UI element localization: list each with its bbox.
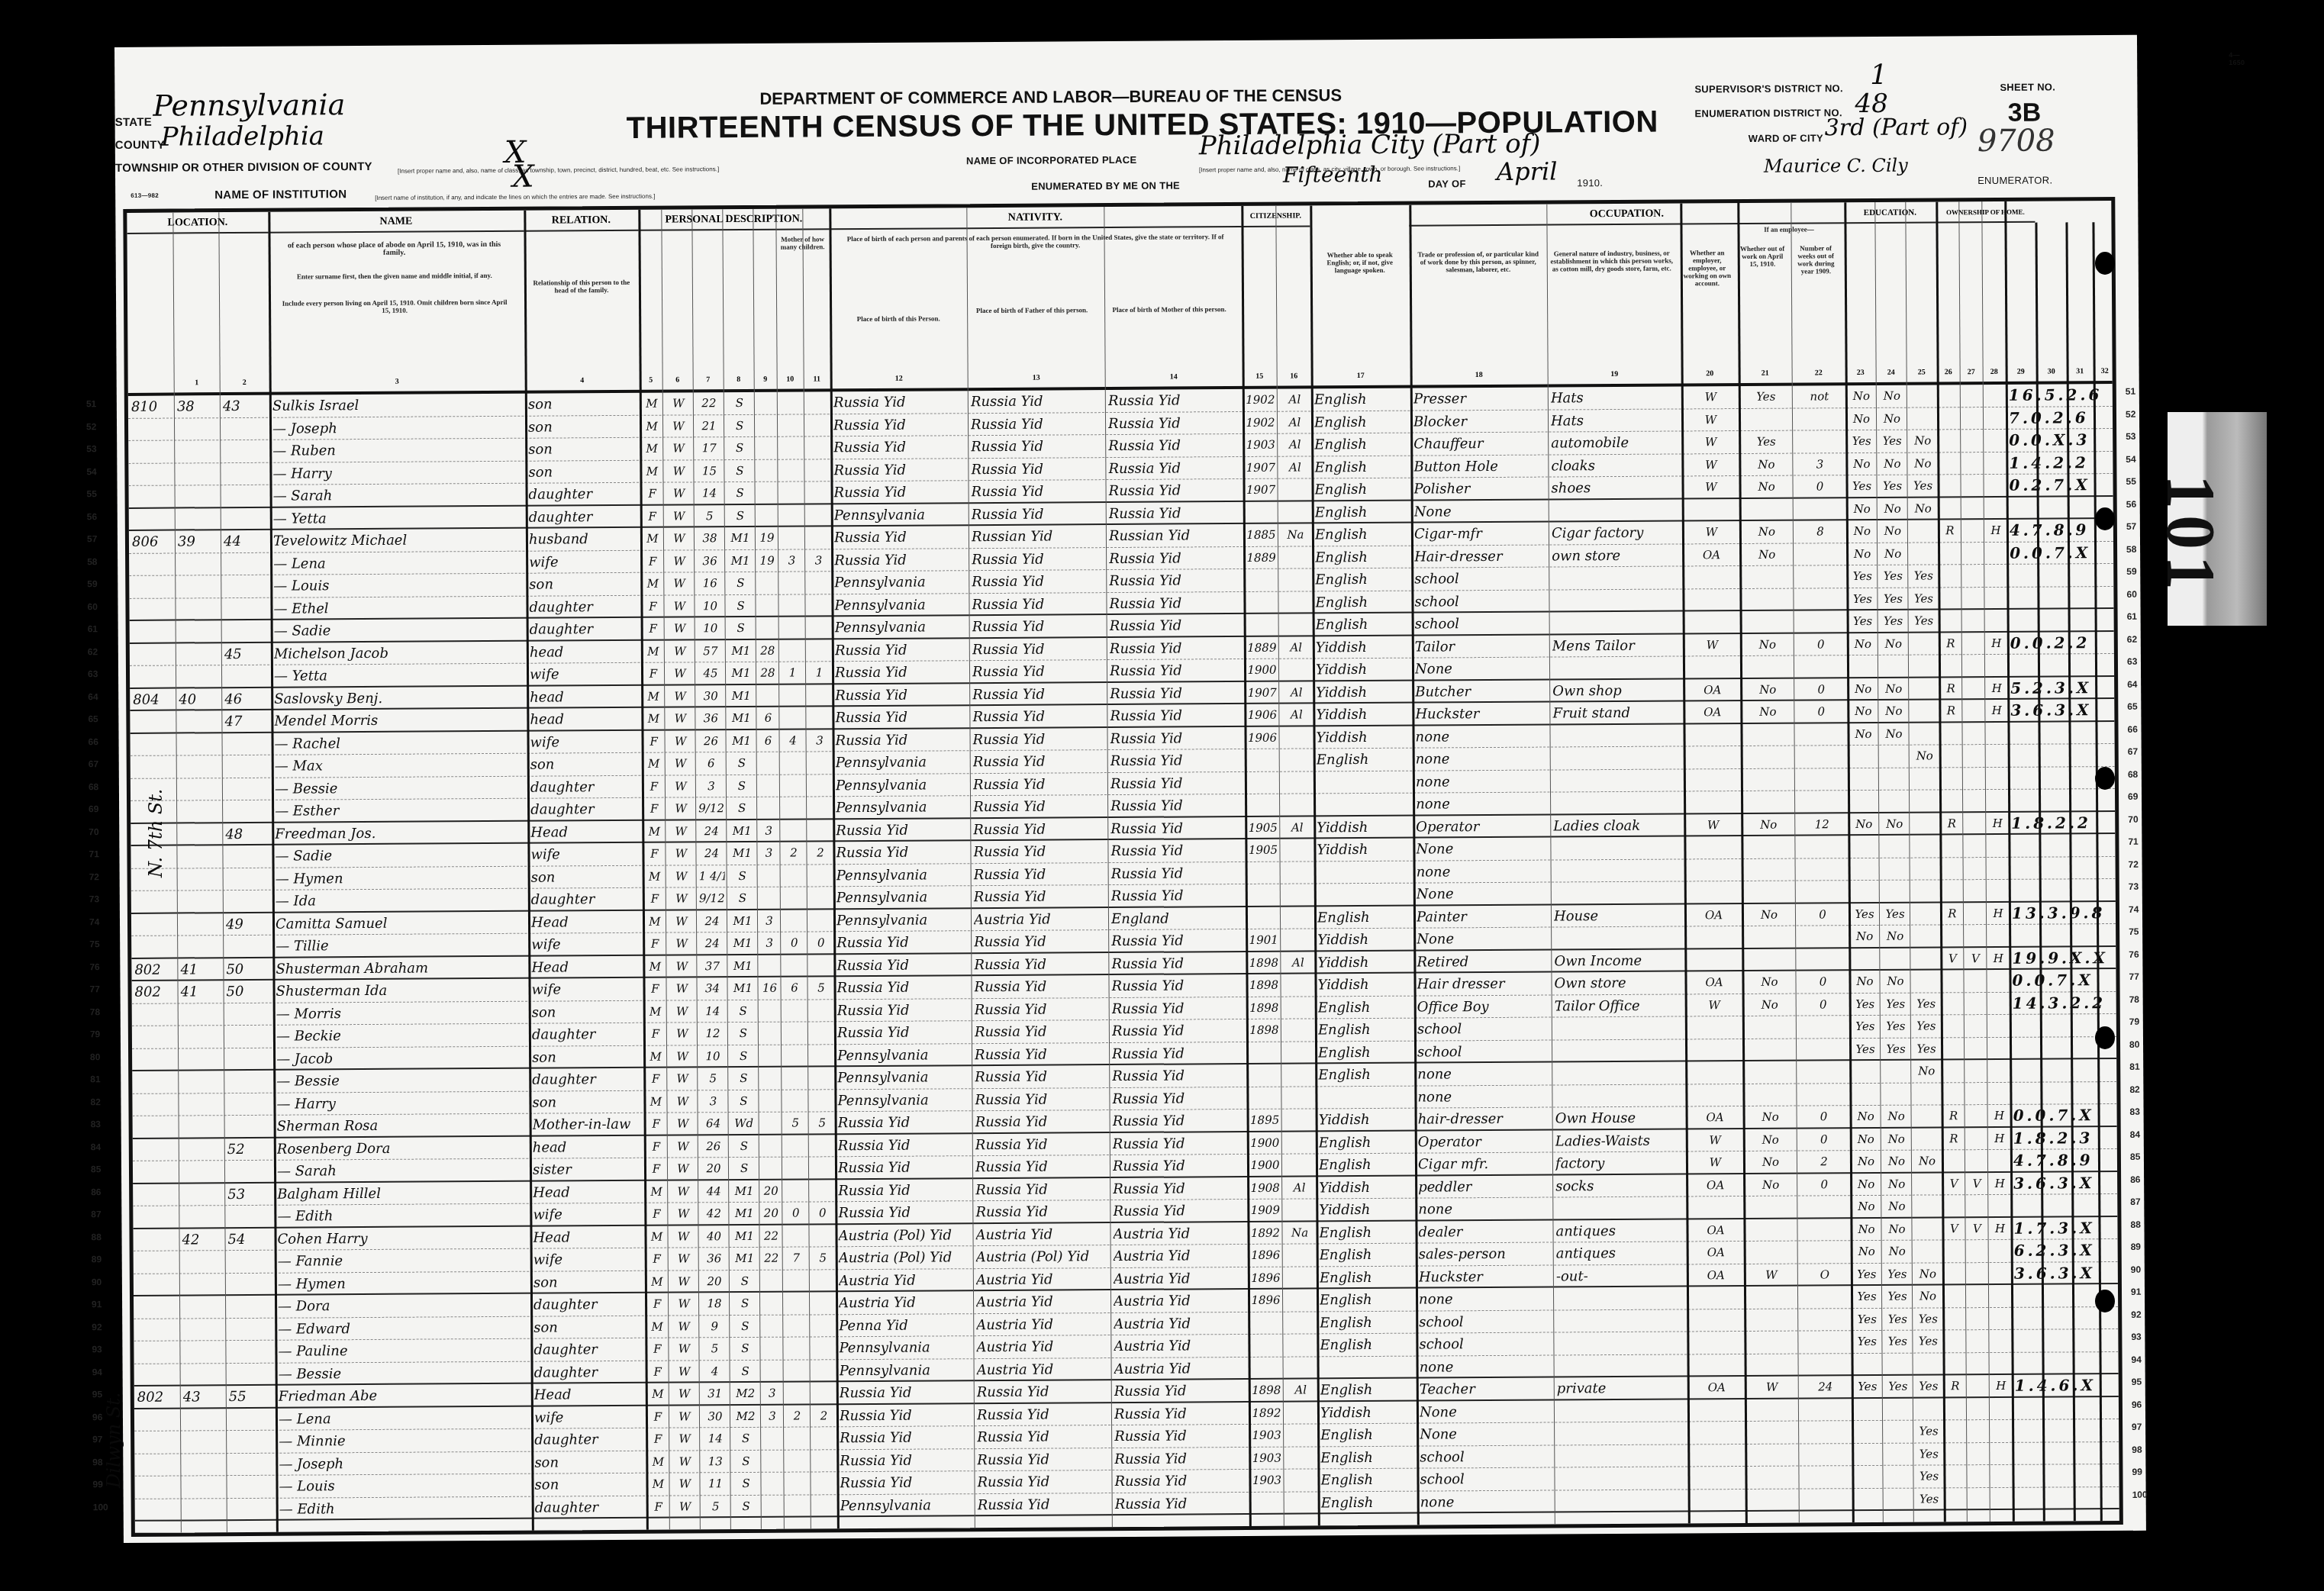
cell-mort — [1969, 1420, 1987, 1442]
cell-sex: M — [643, 573, 662, 595]
cell-lang: English — [1318, 1064, 1413, 1086]
cell-sex: F — [648, 1248, 666, 1271]
cell-race: W — [666, 437, 691, 459]
cell-sched — [2015, 1396, 2125, 1419]
cell-pob: Pennsylvania — [836, 796, 969, 818]
cell-industry: private — [1557, 1377, 1686, 1399]
column-number: 23 — [1845, 364, 1876, 382]
cell-pob: Russia Yid — [840, 1449, 972, 1472]
cell-read: No — [1850, 700, 1876, 722]
cell-write: Yes — [1879, 475, 1905, 497]
cell-relation: head — [530, 685, 640, 707]
cell-pob-father: Russia Yid — [975, 1043, 1107, 1065]
cell-immig — [1249, 884, 1278, 906]
cell-family — [224, 620, 269, 642]
cell-out: No — [1743, 678, 1792, 700]
cell-dwelling — [182, 1184, 223, 1206]
cell-pob-father: Austria Yid — [977, 1358, 1110, 1380]
cell-pob: Russia Yid — [835, 729, 968, 752]
cell-pob-father: Russia Yid — [972, 728, 1105, 751]
cell-lang: English — [1317, 906, 1412, 928]
cell-pob-father: Russia Yid — [973, 818, 1106, 840]
cell-own — [1943, 858, 1961, 880]
cell-read: No — [1853, 1218, 1879, 1240]
cell-pob-father: Russia Yid — [977, 1425, 1110, 1448]
line-number-left: 95 — [92, 1389, 102, 1399]
cell-pob: Austria (Pol) Yid — [838, 1224, 971, 1247]
cell-trade: school — [1417, 1040, 1550, 1062]
cell-emp: OA — [1690, 1264, 1742, 1286]
cell-marital: S — [731, 1135, 757, 1157]
cell-pob: Pennsylvania — [837, 1066, 970, 1089]
cell-immig: 1885 — [1246, 524, 1276, 546]
cell-age: 20 — [701, 1158, 727, 1179]
line-number-right: 88 — [2130, 1219, 2140, 1229]
cell-out: No — [1742, 476, 1791, 498]
enumerator-name: Maurice C. Cily — [1764, 155, 1908, 177]
cell-street — [132, 486, 173, 507]
cell-age: 10 — [700, 1045, 726, 1067]
cell-yrs-married: 3 — [759, 842, 778, 865]
cell-pob-father: Russia Yid — [972, 593, 1104, 615]
cell-sched — [2013, 1194, 2123, 1216]
cell-race: W — [666, 415, 691, 437]
cell-trade: Chauffeur — [1413, 433, 1546, 456]
cell-living — [809, 797, 831, 818]
cell-emp: W — [1684, 476, 1737, 498]
column-number: 15 — [1243, 368, 1277, 386]
cell-trade: dealer — [1418, 1220, 1551, 1243]
cell-dwelling — [178, 553, 219, 575]
state-value: Pennsylvania — [153, 88, 345, 123]
cell-relation: wife — [534, 1406, 644, 1428]
cell-out — [1745, 1084, 1794, 1106]
cell-out — [1744, 746, 1793, 768]
cell-pob-father: Russia Yid — [975, 1020, 1107, 1043]
column-number: 26 — [1937, 363, 1960, 382]
cell-sched — [2010, 564, 2119, 586]
cell-own — [1945, 1308, 1964, 1330]
cell-weeks: 0 — [1800, 1129, 1849, 1151]
cell-farm — [1987, 497, 2005, 518]
cell-race: W — [667, 617, 693, 639]
cell-sched — [2011, 834, 2121, 856]
cell-street — [132, 598, 173, 620]
cell-marital: S — [730, 1090, 756, 1112]
cell-relation: wife — [530, 843, 640, 865]
cell-write: Yes — [1879, 430, 1905, 453]
cell-natur: Al — [1280, 411, 1310, 433]
cell-own — [1941, 565, 1959, 587]
punch-hole — [2095, 1026, 2115, 1049]
cell-marital: S — [727, 482, 753, 504]
cell-name: Saslovsky Benj. — [274, 686, 525, 709]
cell-trade: None — [1420, 1423, 1552, 1446]
cell-pob: Austria (Pol) Yid — [839, 1246, 972, 1269]
cell-weeks — [1799, 1061, 1848, 1083]
line-number-left: 99 — [92, 1479, 102, 1490]
cell-natur: Al — [1280, 433, 1310, 456]
cell-natur — [1284, 1019, 1313, 1041]
cell-write: No — [1884, 1151, 1910, 1172]
cell-industry — [1555, 1016, 1684, 1039]
cell-dwelling — [177, 418, 218, 440]
cell-own — [1941, 588, 1959, 609]
name-note-1: Enter surname first, then the given name… — [280, 272, 509, 281]
cell-write: Yes — [1880, 588, 1906, 609]
cell-read: Yes — [1850, 610, 1876, 632]
cell-emp — [1685, 589, 1738, 610]
line-number-right: 51 — [2126, 386, 2135, 397]
cell-out — [1748, 1467, 1797, 1489]
cell-born — [786, 1427, 808, 1449]
cell-yrs-married — [759, 797, 778, 819]
cell-family — [228, 1318, 273, 1340]
cell-immig: 1895 — [1250, 1110, 1280, 1131]
margin-street-note-2: Dilwyn St. — [103, 1393, 124, 1489]
cell-race: W — [669, 1023, 695, 1045]
cell-pob-mother: Russia Yid — [1111, 974, 1244, 997]
cell-race: W — [672, 1428, 698, 1450]
cell-dwelling — [182, 1116, 223, 1137]
cell-age: 16 — [697, 572, 723, 594]
line-number-right: 64 — [2127, 678, 2137, 689]
cell-relation: head — [530, 708, 640, 729]
cell-write: No — [1884, 1218, 1910, 1240]
cell-sex: F — [648, 1338, 666, 1361]
nativity-description: Place of birth of each person and parent… — [837, 233, 1234, 250]
cell-immig — [1248, 794, 1278, 816]
cell-pob: Russia Yid — [836, 954, 969, 976]
cell-trade: Cigar-mfr — [1414, 523, 1547, 546]
cell-sched: 6.2.3.X — [2014, 1239, 2124, 1261]
cell-weeks — [1797, 723, 1845, 746]
cell-industry: Own shop — [1552, 679, 1681, 701]
line-number-right: 62 — [2127, 633, 2137, 644]
cell-relation: daughter — [535, 1496, 645, 1517]
cell-age: 37 — [699, 955, 725, 977]
cell-relation: son — [528, 415, 638, 437]
cell-pob-father: Russia Yid — [972, 683, 1105, 705]
cell-read — [1855, 1488, 1881, 1509]
cell-relation: son — [531, 865, 641, 887]
cell-out — [1748, 1444, 1797, 1466]
column-number: 30 — [2036, 362, 2067, 381]
cell-write — [1883, 1083, 1909, 1105]
cell-living — [811, 1090, 833, 1112]
line-number-right: 99 — [2132, 1467, 2142, 1477]
cell-sex: F — [646, 1068, 665, 1090]
cell-relation: Head — [534, 1383, 644, 1405]
cell-sched: 19.9.X.X — [2012, 946, 2122, 968]
cell-lang: English — [1315, 523, 1410, 546]
cell-sched — [2016, 1486, 2126, 1508]
cell-dwelling — [184, 1499, 225, 1520]
relation-description: Relationship of this person to the head … — [528, 279, 635, 295]
cell-race: W — [667, 662, 693, 684]
census-sheet: 4—1650 STATE Pennsylvania COUNTY Philade… — [114, 35, 2146, 1543]
cell-mort — [1967, 1060, 1985, 1082]
cell-immig: 1902 — [1246, 389, 1275, 411]
cell-dwelling — [181, 1071, 222, 1093]
cell-write: Yes — [1884, 1263, 1910, 1284]
cell-pob-mother: Russian Yid — [1109, 524, 1242, 547]
cell-born — [782, 684, 804, 706]
cell-own — [1941, 543, 1959, 565]
cell-yrs-married — [764, 1495, 782, 1516]
cell-dwelling — [179, 823, 221, 845]
cell-write: No — [1884, 1196, 1910, 1217]
line-number-right: 65 — [2127, 701, 2137, 712]
cell-farm: H — [1987, 700, 2006, 721]
cell-pob-father: Russia Yid — [978, 1493, 1110, 1515]
cell-born — [782, 707, 804, 728]
cell-pob-father: Russia Yid — [975, 998, 1107, 1021]
cell-family — [227, 1071, 272, 1093]
cell-own: R — [1943, 903, 1961, 925]
cell-natur — [1286, 1424, 1316, 1446]
cell-farm: H — [1987, 632, 2006, 654]
cell-trade: school — [1417, 1018, 1550, 1041]
cell-immig: 1905 — [1248, 839, 1278, 862]
cell-pob-mother: Russia Yid — [1111, 952, 1244, 974]
cell-out: No — [1745, 903, 1794, 926]
cell-pob: Pennsylvania — [837, 1044, 970, 1066]
line-number-right: 68 — [2128, 768, 2138, 779]
cell-farm: H — [1992, 1375, 2010, 1396]
column-number: 9 — [754, 371, 777, 389]
cell-sex: F — [648, 1293, 666, 1316]
cell-own — [1942, 745, 1961, 767]
cell-read: Yes — [1852, 1038, 1878, 1059]
cell-race: W — [667, 685, 693, 707]
cell-born — [782, 639, 804, 662]
cell-name: — Lena — [279, 1406, 530, 1430]
cell-marital: M1 — [730, 910, 756, 932]
cell-relation: son — [530, 753, 640, 775]
cell-lang: English — [1314, 433, 1409, 456]
line-number-left: 83 — [91, 1119, 101, 1129]
line-number-left: 75 — [89, 939, 99, 949]
cell-school — [1912, 768, 1938, 790]
cell-industry — [1553, 791, 1682, 813]
cell-living: 1 — [808, 662, 830, 683]
line-number-left: 70 — [89, 826, 98, 837]
cell-street: 802 — [134, 981, 176, 1003]
cell-name: Shusterman Abraham — [276, 956, 527, 979]
cell-race: W — [666, 460, 691, 482]
line-number-right: 77 — [2129, 971, 2139, 982]
cell-born — [782, 820, 804, 841]
cell-write — [1885, 1421, 1911, 1443]
cell-emp — [1688, 1016, 1741, 1039]
cell-trade: Blocker — [1413, 410, 1546, 433]
cell-farm — [1987, 542, 2005, 564]
cell-living — [807, 527, 830, 549]
line-number-right: 98 — [2132, 1444, 2142, 1454]
cell-living — [811, 1045, 833, 1066]
cell-family — [225, 845, 270, 868]
cell-immig: 1898 — [1252, 1380, 1281, 1401]
cell-school — [1912, 790, 1938, 811]
cell-write: Yes — [1883, 1038, 1909, 1059]
cell-pob: Pennsylvania — [837, 1089, 970, 1112]
cell-yrs-married — [758, 594, 776, 616]
cell-lang: English — [1320, 1289, 1414, 1311]
line-number-left: 87 — [91, 1209, 101, 1219]
cell-own — [1944, 1015, 1962, 1037]
cell-emp — [1691, 1399, 1743, 1421]
cell-mort — [1968, 1150, 1986, 1171]
line-number-right: 80 — [2129, 1039, 2139, 1049]
cell-living — [811, 1180, 833, 1202]
line-number-right: 66 — [2127, 723, 2137, 734]
cell-write — [1886, 1488, 1912, 1509]
cell-immig: 1896 — [1251, 1245, 1281, 1267]
cell-living: 3 — [807, 549, 830, 572]
cell-name: — Ida — [276, 889, 527, 912]
cell-pob-father: Russia Yid — [973, 840, 1106, 863]
cell-out — [1745, 858, 1794, 881]
line-number-right: 79 — [2129, 1016, 2139, 1027]
cell-read: No — [1849, 385, 1874, 407]
cell-school — [1913, 858, 1939, 880]
cell-age: 18 — [701, 1293, 727, 1315]
cell-industry — [1557, 1399, 1686, 1422]
cell-living — [813, 1472, 835, 1494]
column-number: 19 — [1548, 365, 1681, 384]
cell-natur: Al — [1280, 388, 1310, 411]
cell-emp — [1686, 611, 1739, 633]
cell-sched: 5.2.3.X — [2010, 676, 2120, 697]
cell-lang: English — [1315, 546, 1410, 568]
cell-own — [1945, 1240, 1964, 1262]
line-number-right: 60 — [2126, 588, 2136, 599]
cell-age: 14 — [702, 1428, 728, 1450]
cell-sex: F — [644, 618, 662, 639]
cell-living — [807, 459, 829, 481]
cell-industry — [1557, 1444, 1686, 1467]
cell-emp: OA — [1686, 701, 1739, 723]
incorporated-place-label: NAME OF INCORPORATED PLACE — [966, 154, 1137, 166]
cell-yrs-married — [760, 887, 778, 909]
cell-mort — [1965, 835, 1984, 857]
cell-emp — [1687, 746, 1739, 768]
cell-weeks: 0 — [1800, 1174, 1849, 1196]
cell-own: R — [1945, 1105, 1963, 1126]
cell-weeks: 0 — [1798, 971, 1847, 993]
cell-sex: M — [643, 393, 661, 415]
cell-family — [228, 1341, 273, 1363]
cell-yrs-married: 22 — [762, 1248, 781, 1270]
cell-sex: M — [644, 640, 662, 662]
cell-trade: school — [1414, 568, 1547, 591]
cell-age: 1 4/12 — [699, 865, 725, 887]
cell-pob: Russia Yid — [838, 1179, 971, 1202]
cell-out — [1748, 1354, 1797, 1375]
cell-farm — [1992, 1420, 2010, 1442]
cell-dwelling — [180, 891, 221, 912]
cell-name: — Beckie — [276, 1024, 527, 1048]
cell-own — [1947, 1488, 1965, 1509]
cell-dwelling — [179, 710, 220, 732]
cell-weeks: 3 — [1795, 453, 1844, 475]
cell-family — [228, 1296, 273, 1318]
cell-own — [1943, 880, 1961, 901]
trade-description: Trade or profession of, or particular ki… — [1417, 250, 1539, 274]
line-number-right: 85 — [2130, 1151, 2140, 1162]
cell-own — [1945, 1285, 1964, 1307]
cell-sex: F — [643, 483, 661, 504]
name-note-2: Include every person living on April 15,… — [280, 298, 509, 315]
cell-emp — [1688, 1084, 1741, 1106]
cell-pob-father: Russia Yid — [971, 390, 1104, 413]
cell-name: Camitta Samuel — [276, 911, 527, 935]
cell-dwelling — [179, 778, 221, 800]
cell-read: No — [1852, 926, 1878, 947]
cell-own — [1945, 1330, 1964, 1352]
cell-trade: None — [1417, 883, 1549, 905]
birth-person-label: Place of birth of this Person. — [833, 314, 963, 323]
cell-out — [1745, 1016, 1794, 1039]
cell-pob: Russia Yid — [838, 1156, 971, 1178]
cell-marital: M1 — [729, 820, 755, 841]
cell-out — [1745, 1039, 1794, 1060]
cell-read: No — [1849, 520, 1875, 543]
cell-weeks — [1796, 565, 1845, 588]
line-number-right: 74 — [2129, 903, 2139, 914]
line-number-left: 78 — [90, 1006, 100, 1017]
cell-own: V — [1945, 1218, 1963, 1240]
cell-marital: S — [730, 865, 756, 887]
cell-living — [807, 504, 830, 526]
cell-write: No — [1881, 633, 1907, 655]
cell-lang: English — [1314, 411, 1409, 433]
cell-school — [1913, 903, 1939, 925]
cell-living — [807, 391, 829, 414]
cell-trade: Butcher — [1415, 680, 1548, 702]
cell-natur — [1285, 1334, 1315, 1356]
cell-pob-father: Austria (Pol) Yid — [976, 1245, 1109, 1268]
line-number-left: 65 — [88, 713, 98, 724]
cell-emp: W — [1688, 994, 1741, 1016]
cell-school — [1913, 970, 1939, 992]
cell-natur — [1283, 929, 1313, 950]
cell-born — [785, 1270, 807, 1291]
group-nativity: NATIVITY. — [829, 206, 1241, 230]
cell-natur — [1287, 1492, 1317, 1513]
cell-race: W — [669, 865, 695, 887]
cell-sex: M — [644, 708, 662, 729]
cell-weeks — [1801, 1444, 1850, 1466]
cell-pob: Russia Yid — [835, 706, 968, 728]
cell-marital: M1 — [728, 639, 754, 662]
cell-pob-mother: Russia Yid — [1108, 479, 1241, 501]
cell-own — [1940, 407, 1958, 430]
cell-born: 3 — [781, 549, 803, 572]
cell-name: — Sarah — [277, 1159, 528, 1182]
cell-own — [1946, 1465, 1965, 1487]
cell-farm — [1988, 745, 2007, 767]
cell-read — [1852, 1061, 1878, 1083]
cell-name: — Edith — [277, 1204, 528, 1227]
cell-weeks — [1801, 1466, 1850, 1488]
cell-pob-father: Russia Yid — [977, 1448, 1110, 1471]
cell-natur — [1285, 1289, 1315, 1311]
cell-school — [1910, 543, 1936, 565]
cell-sex: M — [643, 460, 661, 482]
cell-own — [1944, 1083, 1962, 1105]
